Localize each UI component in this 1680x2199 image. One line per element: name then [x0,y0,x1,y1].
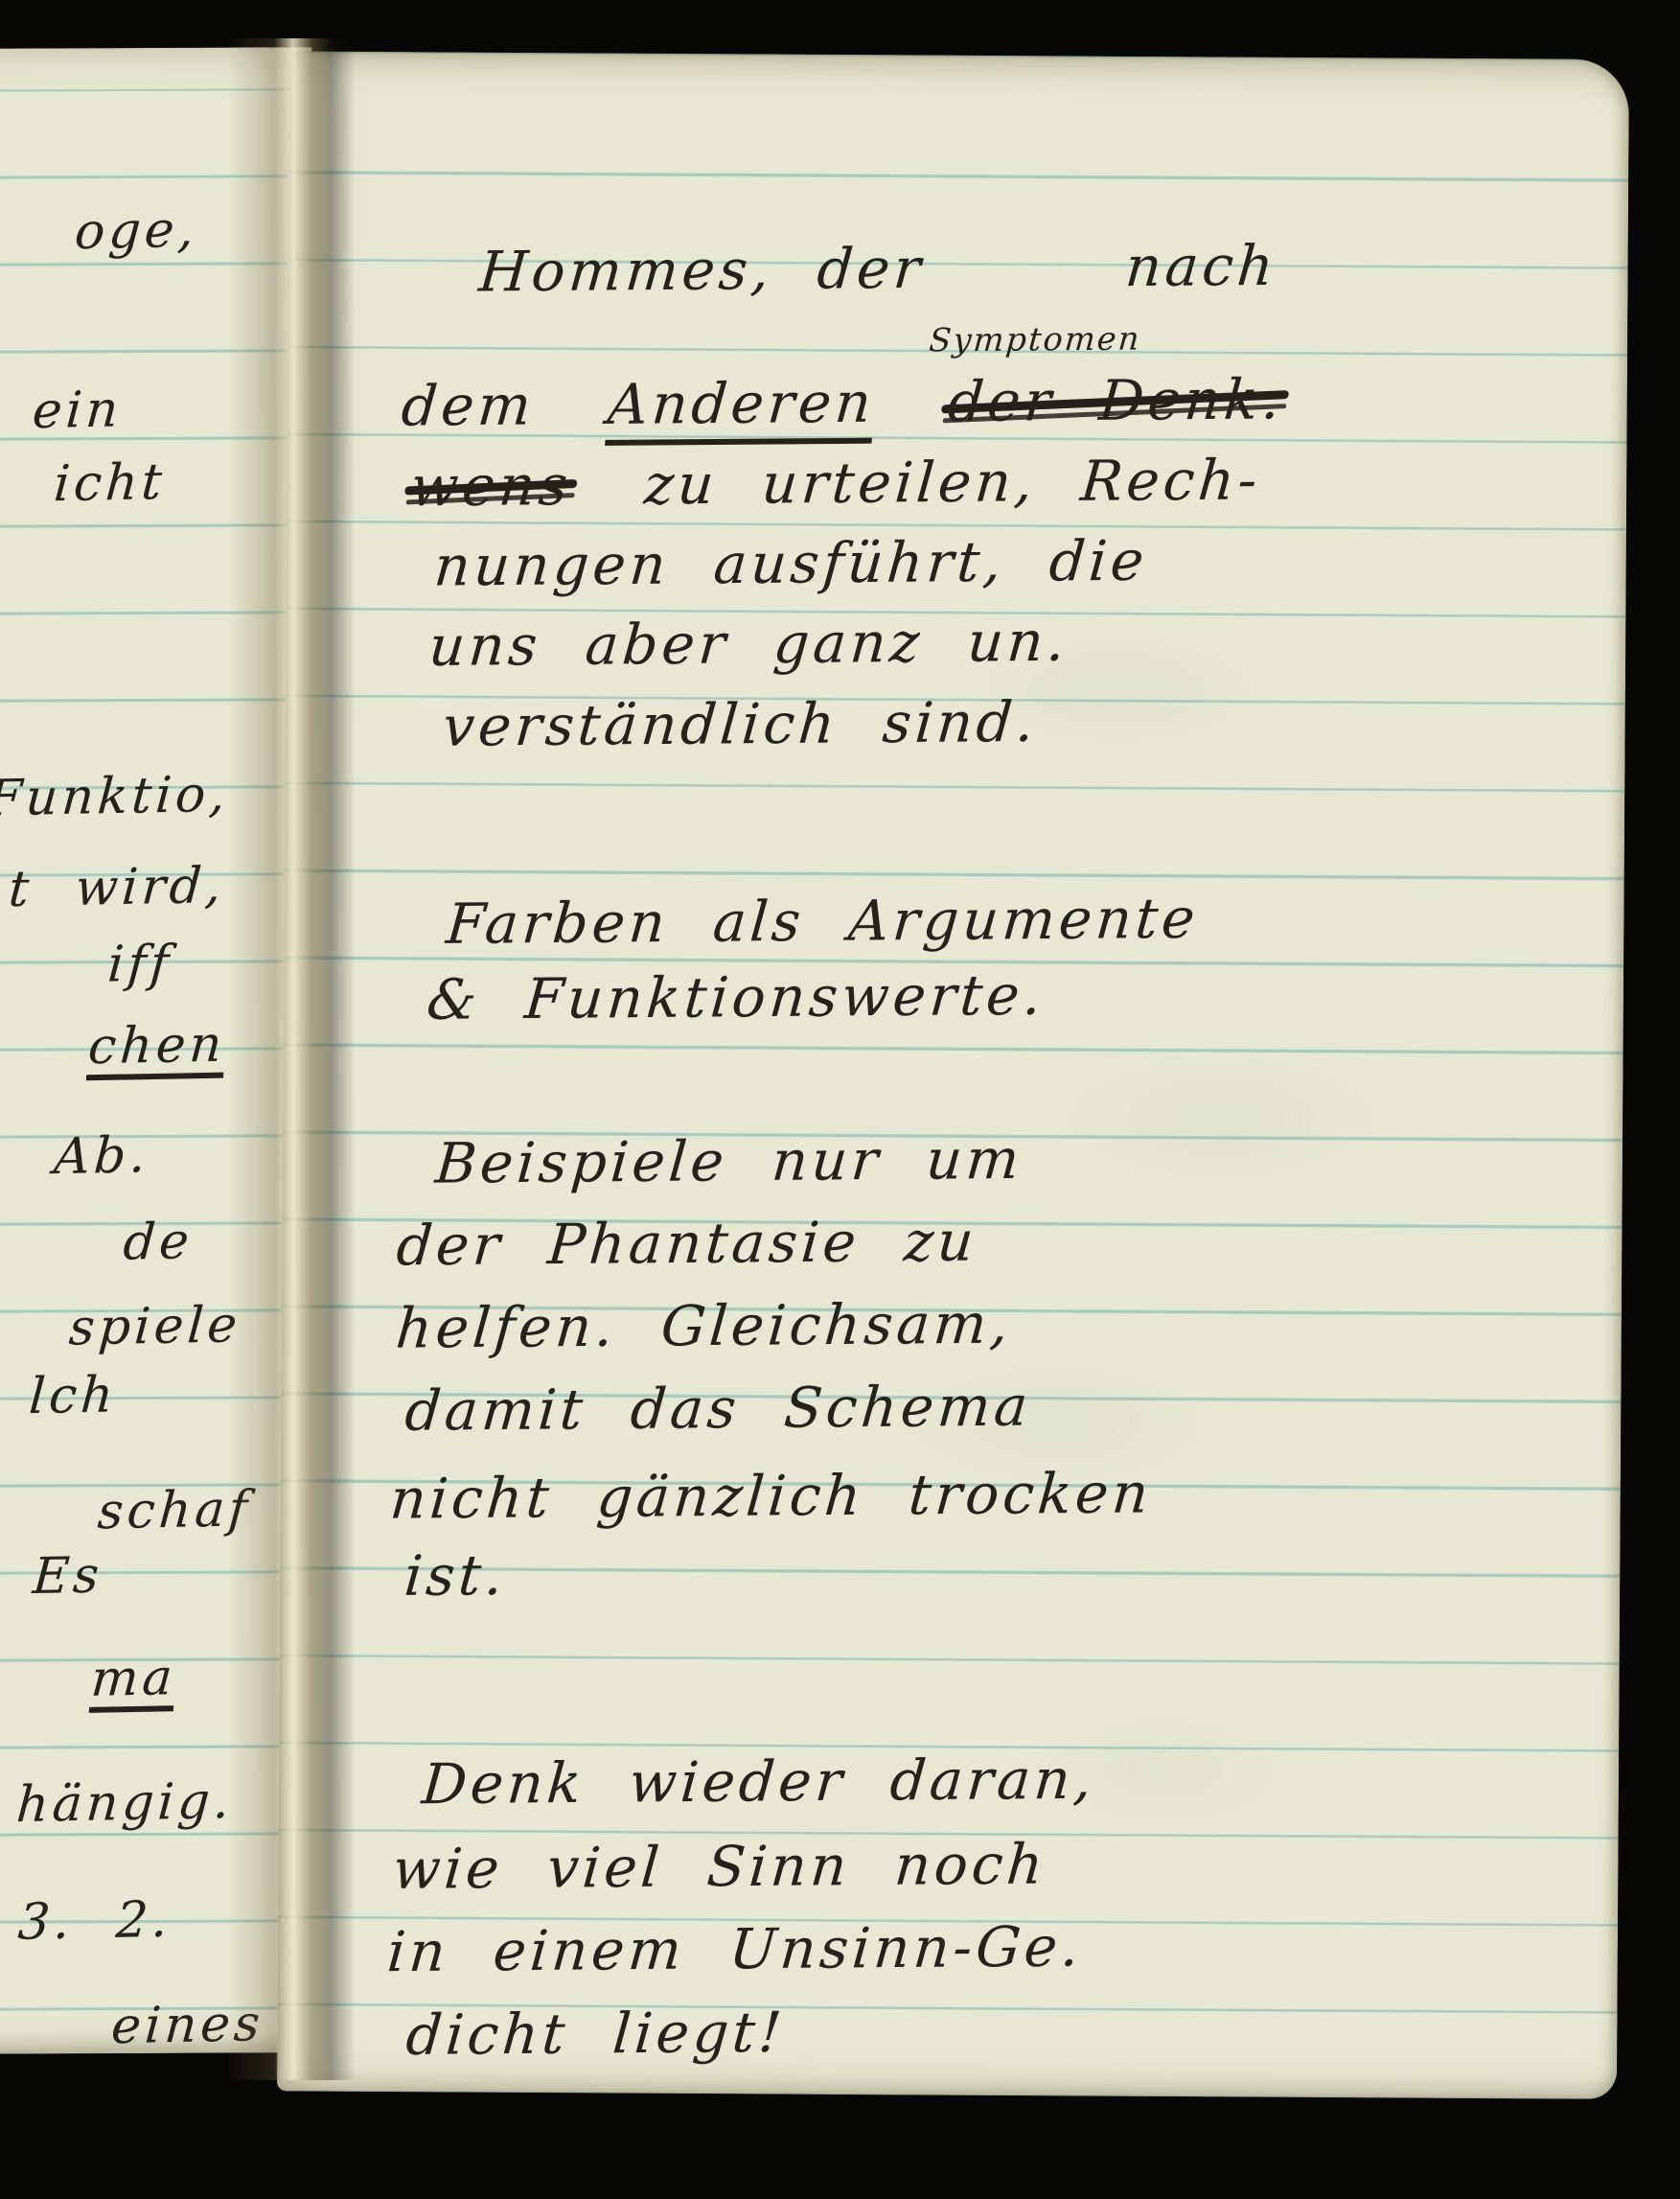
right-page: Hommes, dernach dem Anderen der Denk. Sy… [277,51,1629,2099]
underlined-text: Anderen [605,370,878,446]
handwritten-text: dem [400,373,538,439]
handwritten-line: verständlich sind. [441,694,1040,754]
handwritten-line: helfen. Gleichsam, [394,1296,1014,1356]
handwritten-line: ist. [403,1547,509,1604]
handwritten-text: zu urteilen, Rech- [642,447,1263,517]
handwritten-line: wie viel Sinn noch [391,1837,1049,1897]
left-page-fragment: ma [88,1653,177,1713]
left-page-fragment: lch [27,1370,118,1422]
date-note: 3. 2. [16,1895,173,1948]
left-page-fragment: Funktio, [0,770,231,824]
handwritten-line: wens zu urteilen, Rech- [408,451,1262,514]
handwritten-text: Hommes, der [476,236,927,305]
handwritten-line: dem Anderen der Denk. Symptomen [400,371,1286,433]
handwritten-line: dicht liegt! [404,2004,788,2063]
handwritten-line: nungen ausführt, die [432,533,1150,594]
left-page-fragment: icht [52,457,167,509]
handwritten-line: damit das Schema [403,1378,1034,1439]
left-page-fragment: iff [106,938,174,989]
left-page-fragment: spiele [68,1300,243,1353]
handwritten-line: uns aber ganz un. [427,613,1071,674]
left-page-fragment: chen [86,1020,227,1081]
left-page-fragment: oge, [73,205,199,257]
interlinear-insertion: Symptomen [928,323,1142,357]
handwritten-line: der Phantasie zu [395,1214,979,1274]
handwritten-line: Denk wieder daran, [420,1751,1097,1812]
left-page: oge, ein icht Funktio, t wird, iff chen … [0,47,321,2054]
left-page-fragment: ein [31,384,124,436]
handwritten-text: nach [1123,233,1279,299]
handwritten-line: in einem Unsinn-Ge. [385,1918,1085,1979]
handwritten-line: Farben als Argumente [445,891,1201,952]
handwritten-line: nicht gänzlich trocken [388,1465,1154,1526]
scanned-notebook-photo: oge, ein icht Funktio, t wird, iff chen … [0,0,1680,2199]
struck-text: der Denk. [946,366,1286,434]
left-page-fragment: Es [32,1551,104,1602]
handwritten-line: & Funktionswerte. [425,967,1047,1028]
struck-text: wens [408,452,574,519]
handwritten-line: Beispiele nur um [433,1131,1024,1192]
left-page-fragment: Ab. [52,1130,150,1182]
spacer [952,286,1095,287]
left-page-fragment: schaf [97,1484,253,1537]
left-page-fragment: hängig. [15,1776,236,1830]
left-page-fragment: t wird, [7,861,226,914]
left-page-fragment: de [122,1216,195,1267]
left-page-fragment: eines [109,1999,265,2051]
handwritten-line: Hommes, dernach [477,238,1279,299]
